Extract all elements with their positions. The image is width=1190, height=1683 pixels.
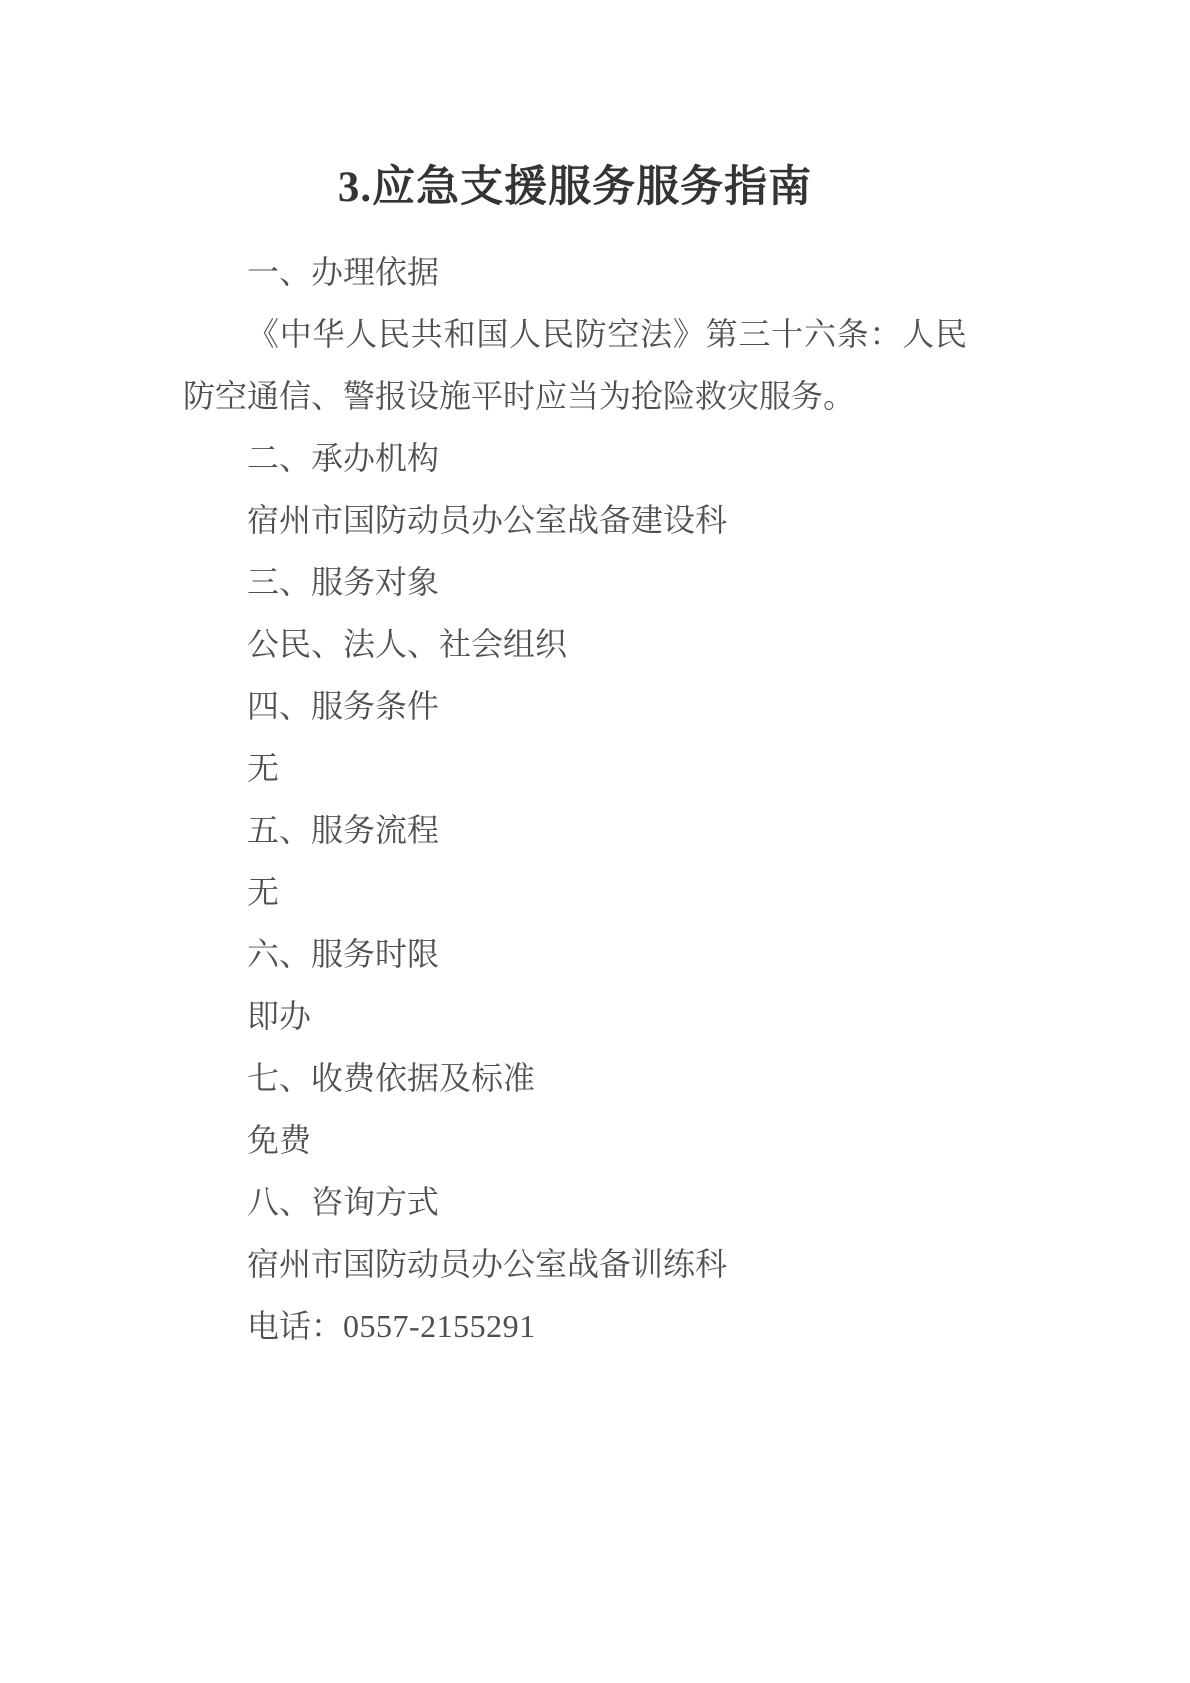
section-5-content: 无 (183, 861, 967, 923)
phone-number: 0557-2155291 (343, 1308, 536, 1344)
section-3-heading: 三、服务对象 (183, 551, 967, 613)
phone-label: 电话： (247, 1308, 343, 1344)
document-body: 一、办理依据 《中华人民共和国人民防空法》第三十六条：人民防空通信、警报设施平时… (183, 241, 967, 1357)
document-page: 3.应急支援服务服务指南 一、办理依据 《中华人民共和国人民防空法》第三十六条：… (0, 0, 1190, 1683)
section-2-content: 宿州市国防动员办公室战备建设科 (183, 489, 967, 551)
section-7-heading: 七、收费依据及标准 (183, 1047, 967, 1109)
contact-phone-line: 电话：0557-2155291 (183, 1295, 967, 1357)
section-7-content: 免费 (183, 1109, 967, 1171)
section-1-heading: 一、办理依据 (183, 241, 967, 303)
section-4-content: 无 (183, 737, 967, 799)
section-1-content: 《中华人民共和国人民防空法》第三十六条：人民防空通信、警报设施平时应当为抢险救灾… (183, 303, 967, 427)
section-6-heading: 六、服务时限 (183, 923, 967, 985)
section-8-heading: 八、咨询方式 (183, 1171, 967, 1233)
section-8-content: 宿州市国防动员办公室战备训练科 (183, 1233, 967, 1295)
section-3-content: 公民、法人、社会组织 (183, 613, 967, 675)
section-2-heading: 二、承办机构 (183, 427, 967, 489)
section-6-content: 即办 (183, 985, 967, 1047)
section-5-heading: 五、服务流程 (183, 799, 967, 861)
section-4-heading: 四、服务条件 (183, 675, 967, 737)
page-title: 3.应急支援服务服务指南 (183, 157, 967, 219)
